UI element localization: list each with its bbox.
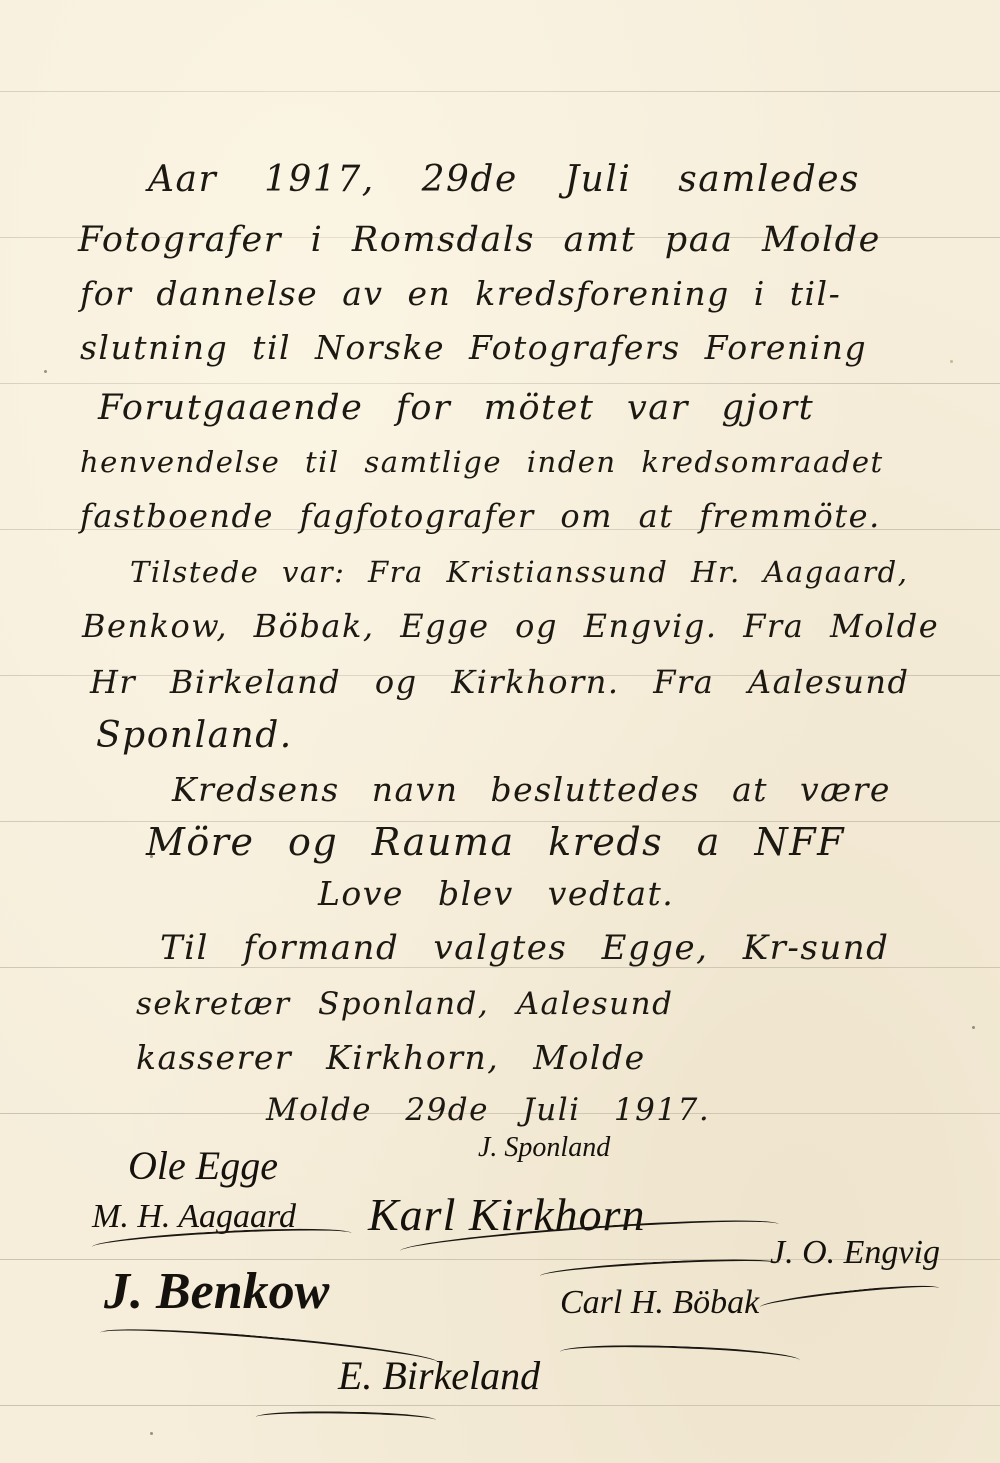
minutes-line-15: Til formand valgtes Egge, Kr-sund [160,928,889,968]
signature-sponland: J. Sponland [478,1132,610,1164]
minutes-line-11: Sponland. [96,716,293,756]
flourish-bobak [560,1342,801,1370]
minutes-line-9: Benkow, Böbak, Egge og Engvig. Fra Molde [82,606,939,646]
signature-benkow: J. Benkow [104,1262,329,1321]
minutes-line-16: sekretær Sponland, Aalesund [136,984,673,1024]
minutes-line-4: slutning til Norske Fotografers Forening [80,328,867,368]
minutes-line-5: Forutgaaende for mötet var gjort [98,388,814,428]
minutes-line-13: Möre og Rauma kreds a NFF [146,822,845,862]
paper-speck [44,370,47,373]
signature-engvig: J. O. Engvig [770,1234,940,1272]
minutes-line-12: Kredsens navn besluttedes at være [172,770,891,810]
flourish-kirkhorn-2 [540,1255,781,1284]
minutes-dateline: Molde 29de Juli 1917. [266,1090,710,1130]
flourish-engvig [759,1281,939,1314]
paper-speck [972,1026,975,1029]
minutes-line-14: Love blev vedtat. [318,874,674,914]
paper-speck [150,1432,153,1435]
flourish-benkow [99,1322,440,1374]
minutes-line-8: Tilstede var: Fra Kristianssund Hr. Aaga… [130,552,908,592]
signature-ole-egge: Ole Egge [128,1142,278,1189]
minutes-line-6: henvendelse til samtlige inden kredsomra… [80,442,884,482]
minutes-line-2: Fotografer i Romsdals amt paa Molde [78,220,881,260]
document-page: Aar 1917, 29de Juli samledes Fotografer … [0,0,1000,1463]
flourish-birkeland [256,1410,436,1427]
minutes-line-17: kasserer Kirkhorn, Molde [136,1038,646,1078]
signature-bobak: Carl H. Böbak [560,1284,759,1322]
paper-speck [150,855,153,858]
minutes-line-10: Hr Birkeland og Kirkhorn. Fra Aalesund [90,662,909,702]
minutes-line-1: Aar 1917, 29de Juli samledes [148,160,860,200]
paper-speck [950,360,953,363]
minutes-line-7: fastboende fagfotografer om at fremmöte. [80,496,881,536]
minutes-line-3: for dannelse av en kredsforening i til- [80,274,841,314]
